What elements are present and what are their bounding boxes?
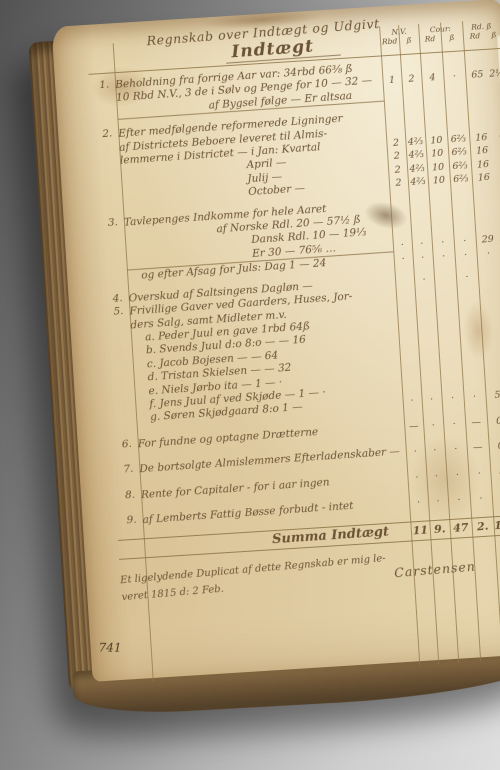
amount-cell: 10 [428, 174, 451, 189]
amount-cell: · [412, 251, 433, 266]
entry-number: 7. [113, 463, 140, 478]
amount-cell: · [463, 390, 486, 405]
entry-amounts [390, 191, 500, 199]
amount-cell: · [407, 470, 427, 485]
amount-cell [397, 314, 416, 315]
amount-cell [437, 324, 459, 325]
amount-cell: — [404, 419, 424, 434]
amount-cell [442, 56, 464, 57]
amount-cell [399, 340, 418, 341]
amount-cell: · [406, 445, 426, 460]
amount-cell [391, 211, 410, 212]
amount-cell [423, 107, 445, 108]
amount-cell: · [443, 70, 466, 85]
amount-cell [430, 208, 452, 209]
entry-text: For fundne og optagne Drætterne [137, 420, 404, 452]
amount-cell [385, 123, 404, 124]
amount-cell [462, 363, 484, 364]
entry-number: 8. [115, 488, 142, 503]
amount-cell [395, 274, 415, 289]
entry-text: De bortsolgte Almislemmers Efterladenska… [139, 445, 406, 477]
amount-cell [473, 192, 497, 194]
amount-cell [459, 323, 481, 324]
entry-amounts: — · · — 0 — [404, 413, 500, 434]
amount-cell: · [454, 248, 477, 263]
amount-cell [403, 108, 423, 109]
amount-cell [492, 116, 500, 117]
amount-cell: 29 [475, 232, 500, 247]
amount-cell: · [392, 238, 412, 253]
amount-cell: · [402, 394, 422, 409]
amount-cell: · [424, 443, 445, 458]
amount-cell [440, 365, 462, 366]
amount-cell: · [431, 235, 454, 250]
amount-cell: 2 [388, 163, 408, 178]
entry-number: 2. [92, 127, 119, 142]
amount-cell: · [448, 493, 471, 508]
amount-cell: 11 [410, 524, 430, 539]
amount-cell [415, 299, 435, 300]
ledger-rows: 1. Beholdning fra forrige Aar var: 34rbd… [89, 54, 500, 528]
amount-cell: · [432, 250, 455, 265]
amount-cell: 2. [471, 520, 494, 535]
amount-cell: · [428, 494, 449, 509]
amount-cell [446, 119, 468, 120]
amount-cell: · [443, 417, 466, 432]
amount-cell: · [414, 272, 435, 287]
amount-cell: 65 [465, 68, 490, 83]
amount-cell [436, 311, 458, 312]
amount-cell [467, 104, 491, 106]
entry-number: 1. [89, 78, 116, 93]
entry-number: 6. [111, 437, 138, 452]
amount-cell: 6⅔ [450, 172, 473, 187]
amount-cell [418, 339, 438, 340]
amount-cell [424, 120, 446, 121]
amount-cell [435, 298, 457, 299]
amount-cell [390, 198, 409, 199]
amount-cell: · [468, 466, 491, 481]
amount-cell: 16 [471, 171, 496, 186]
amount-cell [474, 219, 498, 221]
amount-cell [400, 354, 419, 355]
column-subhead: ß [487, 30, 500, 40]
amount-cell: 4⅔ [406, 148, 427, 163]
amount-cell [451, 194, 473, 195]
entry-amounts: · · · · · · [409, 489, 500, 510]
amount-cell: 4⅔ [405, 135, 426, 150]
amount-cell: 47 [449, 521, 472, 536]
amount-cell [411, 223, 431, 224]
amount-cell [488, 54, 500, 55]
amount-cell: · [444, 442, 467, 457]
entry-text: Rente for Capitaler - for i aar ingen [141, 470, 408, 502]
amount-cell: · [411, 237, 432, 252]
column-subhead: ß [441, 32, 464, 42]
amount-cell [434, 271, 457, 286]
amount-cell: · [470, 491, 493, 506]
amount-cell: 2⅓ [489, 67, 500, 81]
page-number: 741 [99, 641, 122, 655]
amount-cell: · [446, 467, 469, 482]
amount-cell [384, 109, 403, 110]
amount-cell [401, 381, 421, 396]
amount-cell [478, 268, 500, 283]
ledger-page: Regnskab over Indtægt og Udgivt Indtægt … [52, 0, 500, 682]
column-subhead: ß [399, 35, 420, 45]
entry-number: 5. [103, 305, 130, 320]
photo-background: Regnskab over Indtægt og Udgivt Indtægt … [0, 0, 500, 770]
amount-cell: · [493, 130, 500, 144]
summa-label: Summa Indtægt [144, 524, 411, 556]
amount-cell [398, 327, 417, 328]
entry-number [118, 542, 144, 544]
amount-cell [381, 60, 400, 61]
amount-cell [457, 296, 479, 297]
amount-cell [417, 326, 437, 327]
amount-cell [392, 224, 411, 225]
amount-cell: 2 [401, 72, 422, 87]
amount-cell [404, 121, 424, 122]
amount-cell [431, 222, 453, 223]
column-subhead: Rd [419, 34, 442, 44]
amount-cell: 0 [487, 414, 500, 429]
amount-cell: · [476, 247, 500, 262]
page-content: Regnskab over Indtægt og Udgivt Indtægt … [52, 0, 500, 682]
amount-cell: · [495, 170, 500, 184]
amount-cell: · [441, 391, 464, 406]
amount-cell [396, 300, 415, 301]
amount-cell [453, 220, 475, 221]
amount-cell: · [456, 269, 479, 284]
amount-cell [419, 353, 439, 354]
amount-cell [464, 55, 488, 57]
amount-cell [420, 58, 442, 59]
entry-amounts [384, 103, 500, 111]
amount-cell [491, 103, 500, 104]
amount-cell: 2 [386, 136, 406, 151]
column-subhead: Rd [463, 31, 488, 41]
amount-cell: · [495, 156, 500, 170]
amount-cell [439, 351, 461, 352]
amount-cell [429, 195, 451, 196]
amount-cell: 4⅔ [408, 175, 429, 190]
attestation-date: veret 1815 d: 2 Feb. [121, 583, 224, 603]
amount-cell [410, 210, 430, 211]
amount-cell: · [494, 143, 500, 157]
amount-cell: · [409, 495, 429, 510]
amount-cell [416, 312, 436, 313]
amount-cell: · [421, 393, 442, 408]
amount-cell: 2 [387, 150, 407, 165]
amount-cell [420, 366, 440, 367]
amount-cell [400, 59, 420, 60]
column-subhead: Rbd [380, 36, 400, 46]
amount-cell: 5 [485, 388, 500, 403]
amount-cell: 9. [429, 522, 450, 537]
amount-cell [409, 196, 429, 197]
amount-cell: · [423, 418, 444, 433]
amount-cell [401, 367, 420, 368]
entry-number: 3. [98, 216, 125, 231]
amount-cell: — [466, 441, 489, 456]
amount-cell [452, 207, 474, 208]
amount-cell: 1 [382, 74, 402, 89]
amount-cell: · [453, 234, 476, 249]
amount-cell: · [393, 252, 413, 267]
ledger-table: N.V. Cour: Rd. ß Rbd ß Rd ß Rd ß [89, 48, 500, 560]
summa-amounts: 11 9. 47 2. 163 55⅚ [410, 517, 500, 538]
amount-cell: 4 [421, 71, 444, 86]
entry-amounts: · · · · 8 · [407, 464, 500, 485]
amount-cell [461, 350, 483, 351]
amount-cell: 4⅔ [407, 162, 428, 177]
amount-cell: 2 [389, 176, 409, 191]
entry-amounts: · · · — 0 · [406, 438, 500, 459]
amount-cell: — [465, 415, 488, 430]
entry-text: af Lemberts Fattig Bøsse forbudt - intet [142, 496, 409, 528]
ledger-book: Regnskab over Indtægt og Udgivt Indtægt … [28, 0, 500, 727]
amount-cell [438, 338, 460, 339]
amount-cell [445, 105, 467, 106]
amount-cell [460, 336, 482, 337]
amount-cell: · [426, 469, 447, 484]
amount-cell [484, 375, 500, 390]
amount-cell [420, 379, 441, 394]
entry-number: 9. [116, 513, 143, 528]
amount-cell [458, 310, 480, 311]
